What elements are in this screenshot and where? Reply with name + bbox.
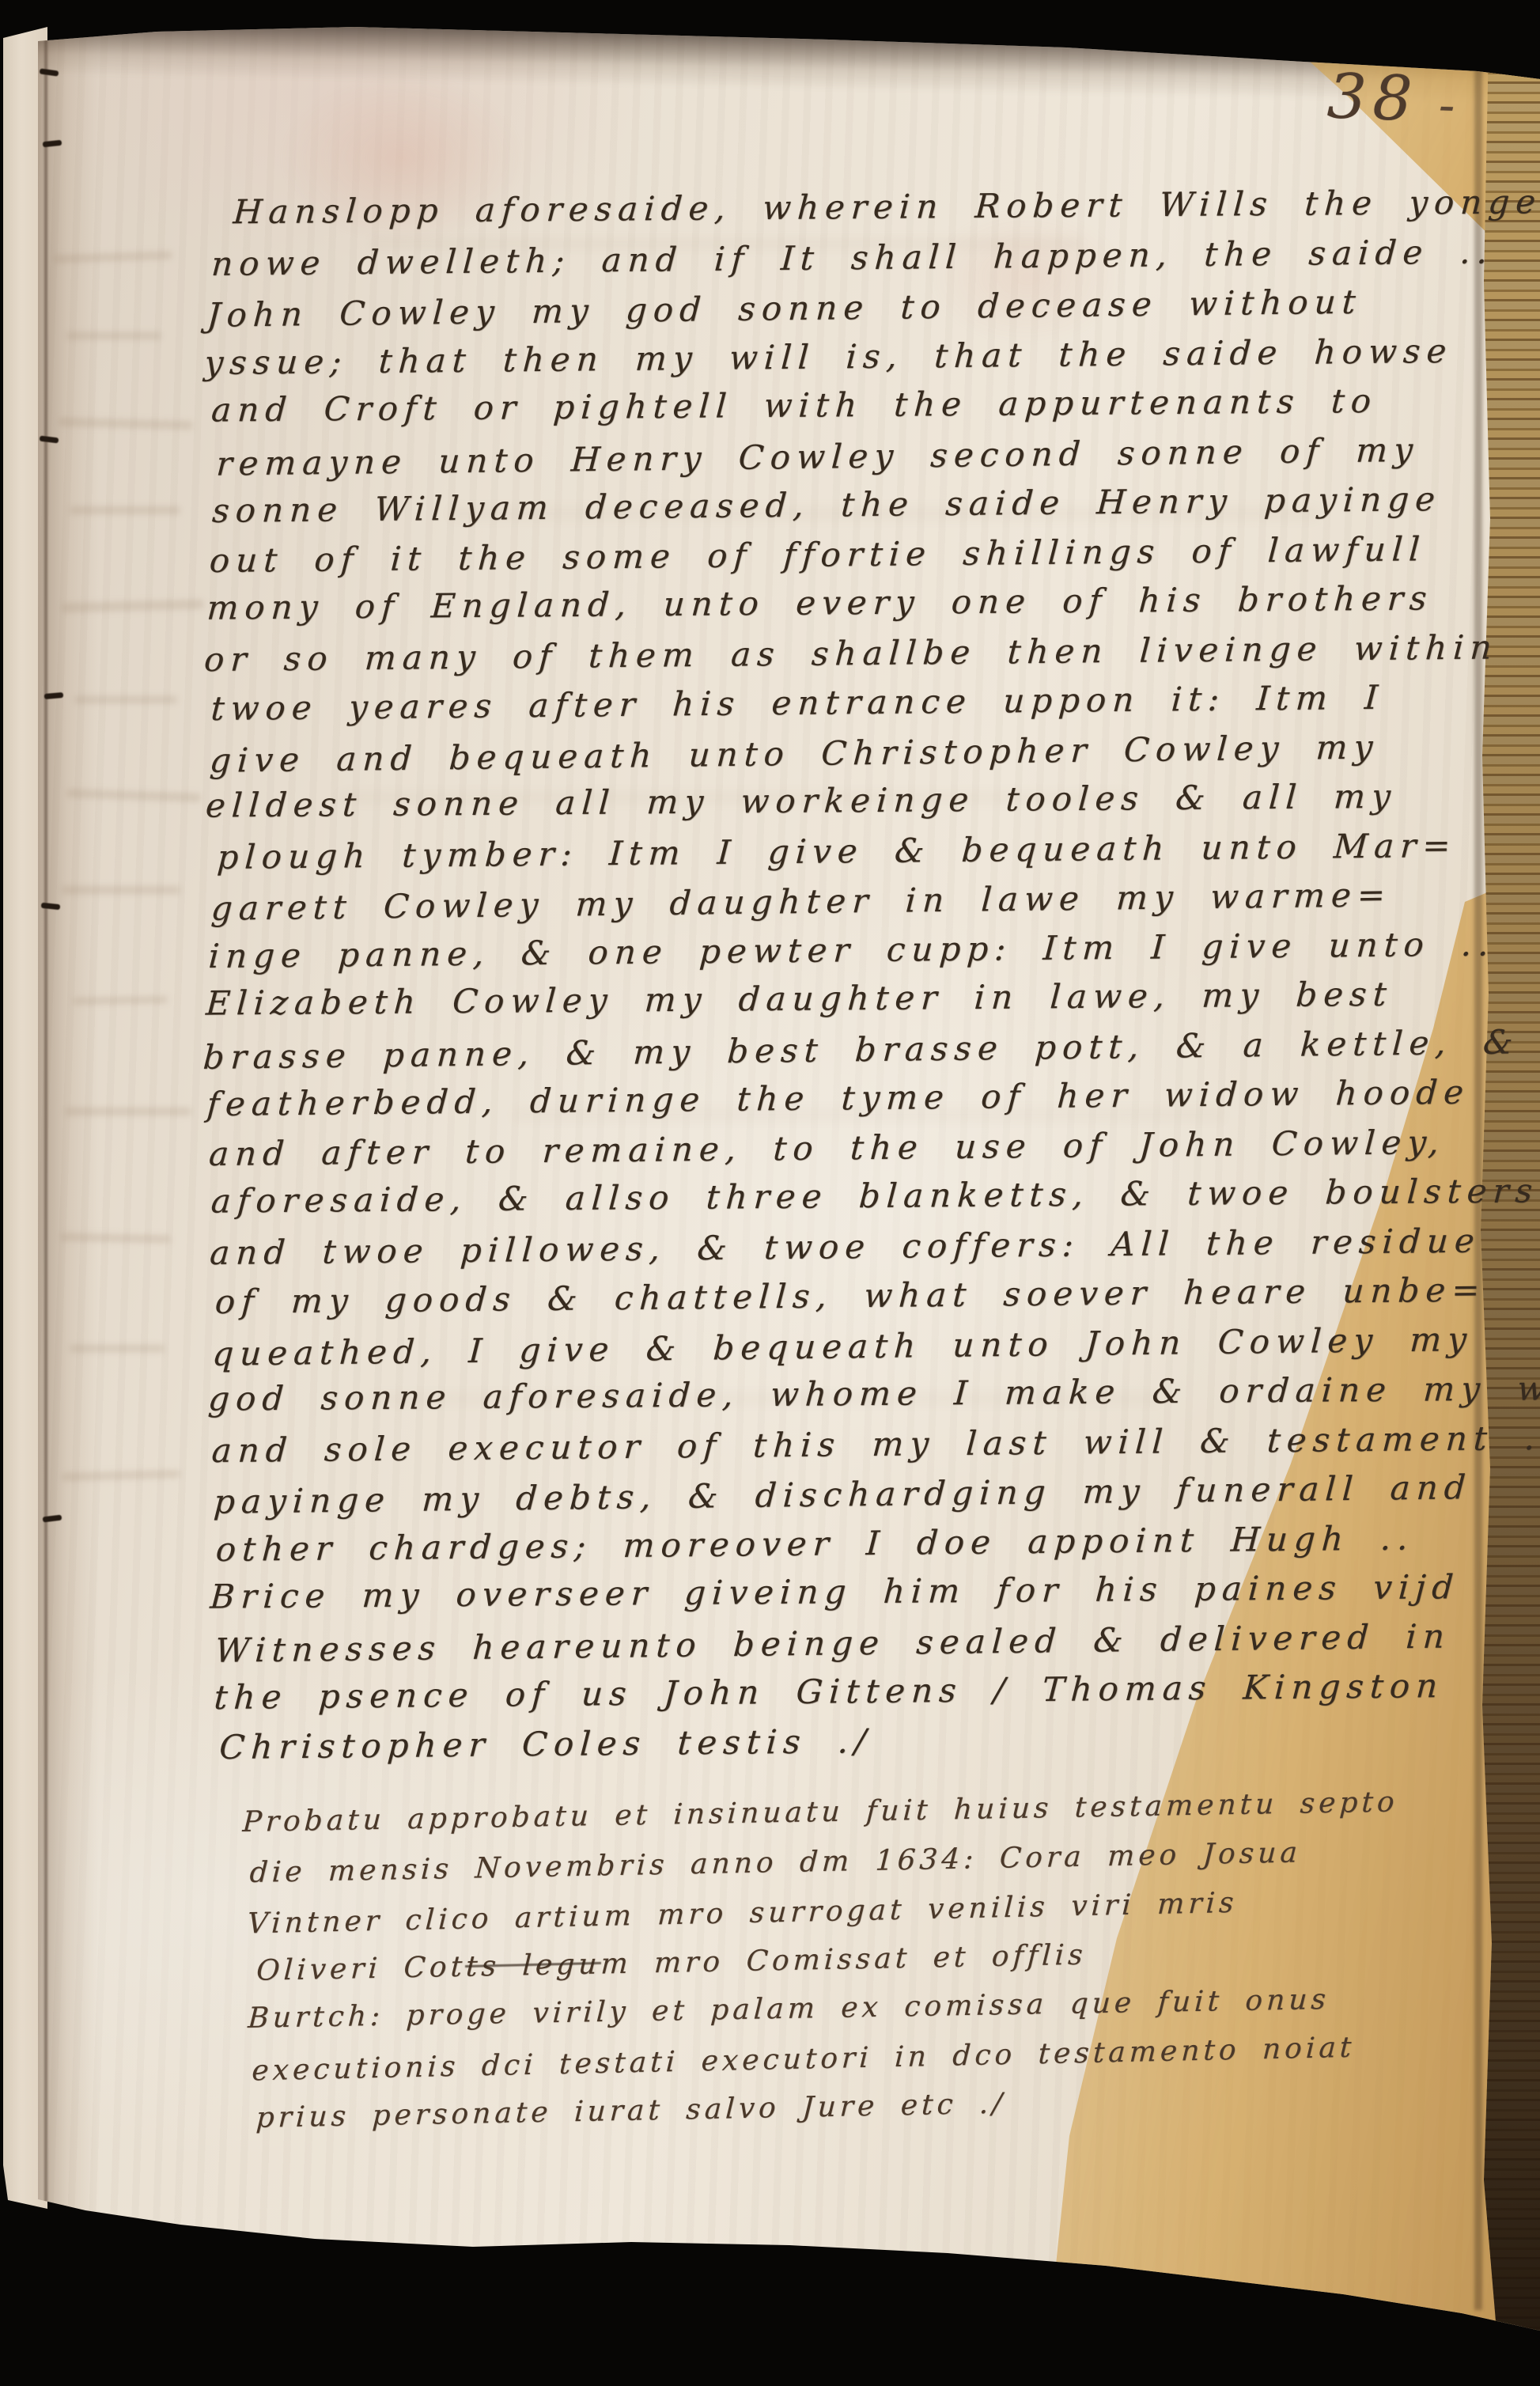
ink-bleedthrough-mark — [66, 332, 161, 339]
ink-bleedthrough-mark — [62, 886, 180, 894]
manuscript-page: 38- Hanslopp aforesaide, wherein Robert … — [38, 0, 1540, 2386]
page-number-value: 38 — [1326, 61, 1419, 135]
ink-bleedthrough-mark — [73, 996, 168, 1005]
will-text-block: Hanslopp aforesaide, wherein Robert Will… — [206, 177, 1534, 1772]
binding-crease — [44, 24, 47, 2207]
ink-bleedthrough-mark — [70, 506, 180, 514]
page-number-dash: - — [1417, 77, 1456, 134]
manuscript-photo: 38- Hanslopp aforesaide, wherein Robert … — [0, 0, 1540, 2386]
gutter-shadow — [38, 0, 114, 2386]
page-number: 38- — [1326, 61, 1456, 137]
ink-bleedthrough-mark — [74, 696, 177, 703]
ink-bleedthrough-mark — [70, 1345, 165, 1352]
probate-clause-block: Probatu approbatu et insinuatu fuit huiu… — [242, 1779, 1324, 2143]
page-top-edge-shadow — [21, 0, 1540, 105]
ink-bleedthrough-mark — [65, 1108, 191, 1115]
